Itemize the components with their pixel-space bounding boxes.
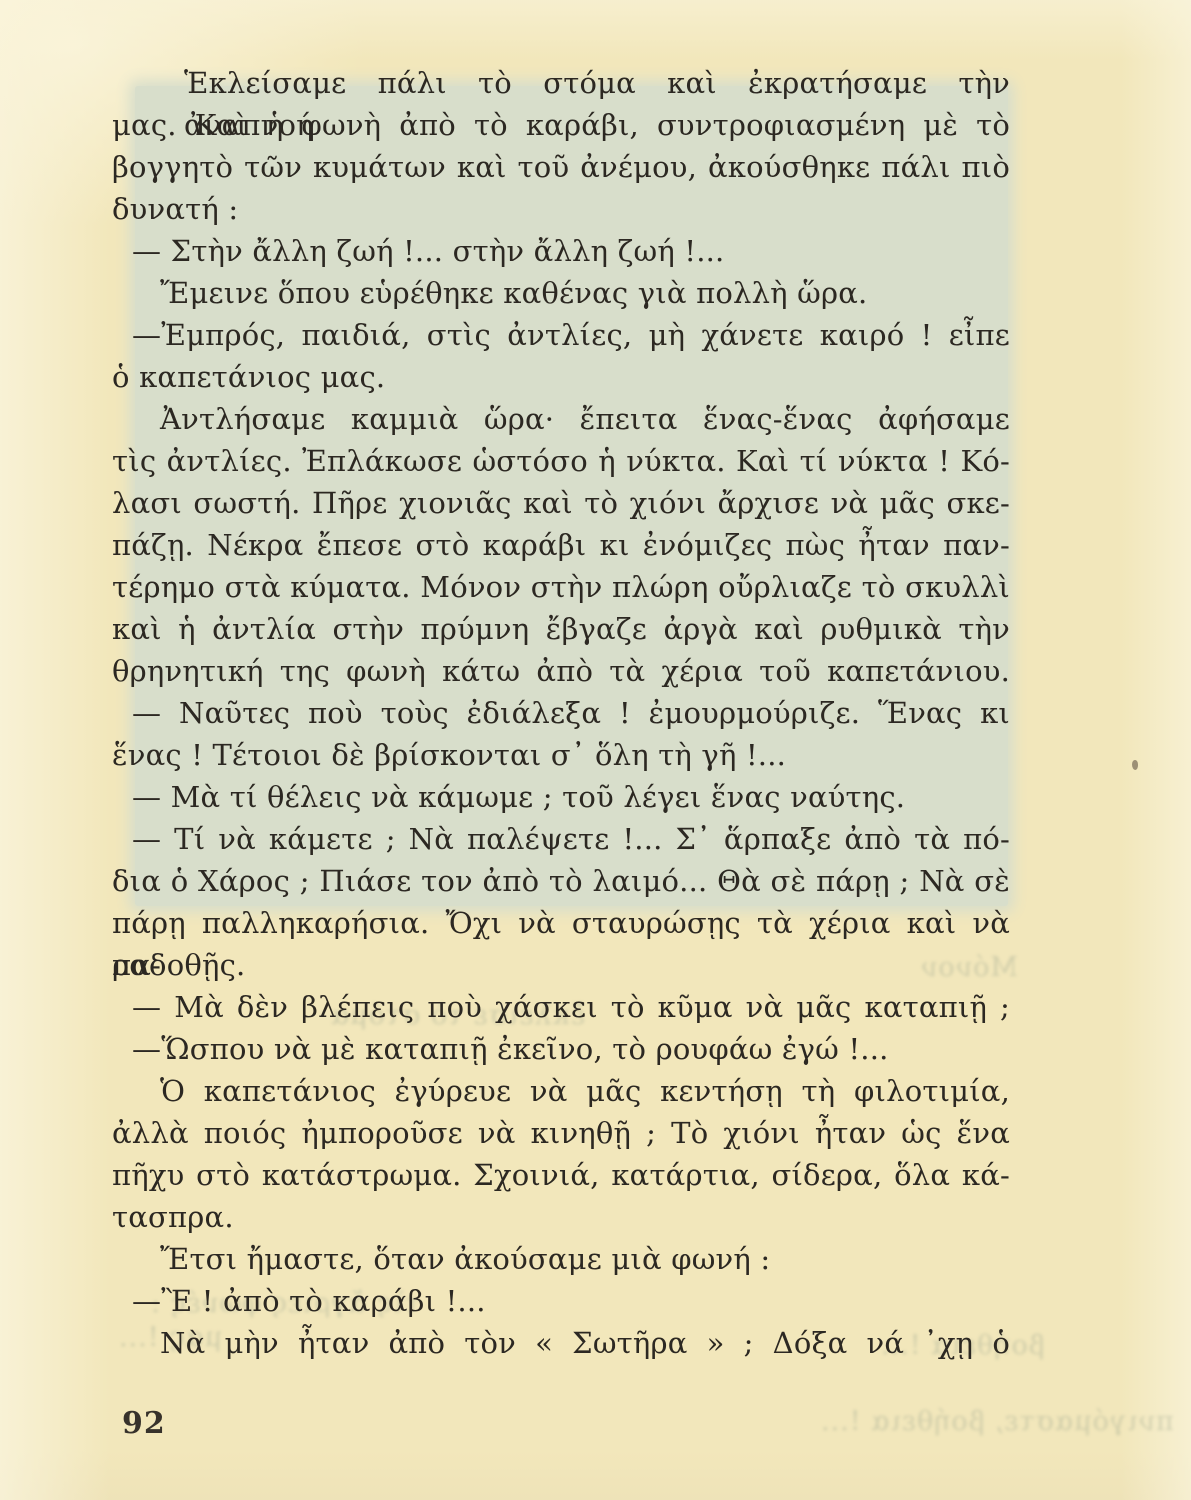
text-line: ὁ καπετάνιος μας. <box>112 356 1010 398</box>
text-line: καὶ ἡ ἀντλία στὴν πρύμνη ἔβγαζε ἀργὰ καὶ… <box>112 608 1010 650</box>
text-line: δυνατή : <box>112 188 1010 230</box>
text-line: πάρῃ παλληκαρήσια. Ὄχι νὰ σταυρώσῃς τὰ χ… <box>112 902 1010 944</box>
text-line: —Ἒ ! ἀπὸ τὸ καράβι !... <box>112 1280 1010 1322</box>
text-line: — Τί νὰ κάμετε ; Νὰ παλέψετε !... Σ᾽ ἅρπ… <box>112 818 1010 860</box>
text-line: ἕνας ! Τέτοιοι δὲ βρίσκονται σ᾽ ὅλη τὴ γ… <box>112 734 1010 776</box>
text-line: Ὁ καπετάνιος ἐγύρευε νὰ μᾶς κεντήσῃ τὴ φ… <box>112 1070 1010 1112</box>
page-text: Ἑκλείσαμε πάλι τὸ στόμα καὶ ἐκρατήσαμε τ… <box>112 62 1010 1364</box>
text-line: Ἔμεινε ὅπου εὑρέθηκε καθένας γιὰ πολλὴ ὥ… <box>112 272 1010 314</box>
text-line: δια ὁ Χάρος ; Πιάσε τον ἀπὸ τὸ λαιμό... … <box>112 860 1010 902</box>
text-line: Ἑκλείσαμε πάλι τὸ στόμα καὶ ἐκρατήσαμε τ… <box>112 62 1010 104</box>
text-line: πῆχυ στὸ κατάστρωμα. Σχοινιά, κατάρτια, … <box>112 1154 1010 1196</box>
text-line: Ἔτσι ἤμαστε, ὅταν ἀκούσαμε μιὰ φωνή : <box>112 1238 1010 1280</box>
bleed-through-text: πνιγόμαστε, βοήθεια !... <box>820 1406 1174 1437</box>
book-page: Μόνονἔκλεισε τὸ στόματὶς ἄγριες φωνές :μ… <box>0 0 1191 1500</box>
text-line: —Ὥσπου νὰ μὲ καταπιῇ ἐκεῖνο, τὸ ρουφάω ἐ… <box>112 1028 1010 1070</box>
text-line: πάζῃ. Νέκρα ἔπεσε στὸ καράβι κι ἐνόμιζες… <box>112 524 1010 566</box>
text-line: Νὰ μὴν ἦταν ἀπὸ τὸν « Σωτῆρα » ; Δόξα νά… <box>112 1322 1010 1364</box>
ink-speck <box>1132 760 1138 770</box>
text-line: λασι σωστή. Πῆρε χιονιᾶς καὶ τὸ χιόνι ἄρ… <box>112 482 1010 524</box>
text-line: βογγητὸ τῶν κυμάτων καὶ τοῦ ἀνέμου, ἀκού… <box>112 146 1010 188</box>
text-line: — Μὰ τί θέλεις νὰ κάμωμε ; τοῦ λέγει ἕνα… <box>112 776 1010 818</box>
text-line: — Μὰ δὲν βλέπεις ποὺ χάσκει τὸ κῦμα νὰ μ… <box>112 986 1010 1028</box>
text-line: θρηνητική της φωνὴ κάτω ἀπὸ τὰ χέρια τοῦ… <box>112 650 1010 692</box>
text-line: τασπρα. <box>112 1196 1010 1238</box>
text-line: μας. Καὶ ἡ φωνὴ ἀπὸ τὸ καράβι, συντροφια… <box>112 104 1010 146</box>
text-line: Ἀντλήσαμε καμμιὰ ὥρα· ἔπειτα ἕνας-ἕνας ἀ… <box>112 398 1010 440</box>
text-line: — Ναῦτες ποὺ τοὺς ἐδιάλεξα ! ἐμουρμούριζ… <box>112 692 1010 734</box>
text-line: —Ἐμπρός, παιδιά, στὶς ἀντλίες, μὴ χάνετε… <box>112 314 1010 356</box>
text-line: τὶς ἀντλίες. Ἐπλάκωσε ὡστόσο ἡ νύκτα. Κα… <box>112 440 1010 482</box>
text-line: ἀλλὰ ποιός ἠμποροῦσε νὰ κινηθῇ ; Τὸ χιόν… <box>112 1112 1010 1154</box>
text-line: — Στὴν ἄλλη ζωή !... στὴν ἄλλη ζωή !... <box>112 230 1010 272</box>
page-number: 92 <box>122 1406 166 1441</box>
text-line: τέρημο στὰ κύματα. Μόνον στὴν πλώρη οὔρλ… <box>112 566 1010 608</box>
text-line: ραδοθῇς. <box>112 944 1010 986</box>
